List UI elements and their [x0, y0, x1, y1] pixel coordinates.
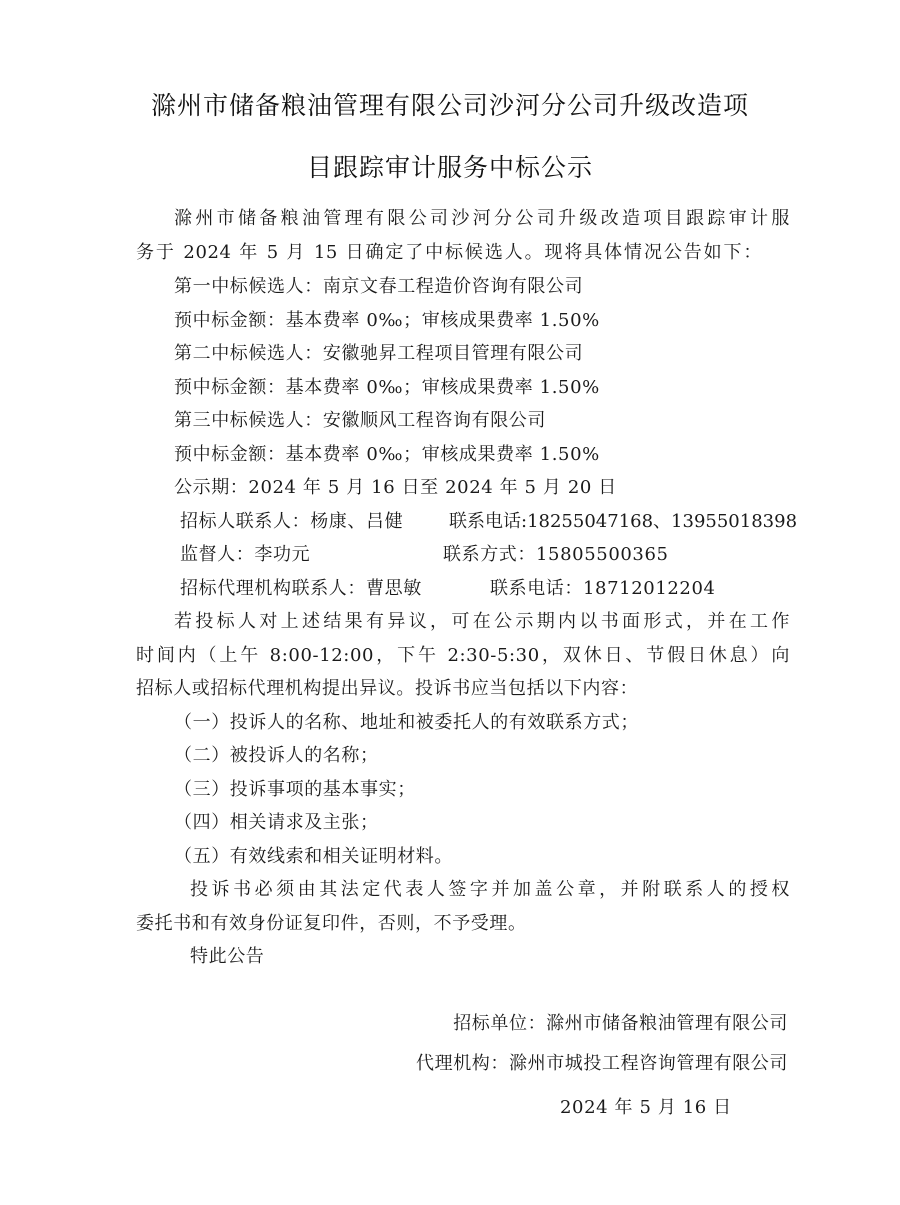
candidate-2-rank: 第二中标候选人： — [174, 343, 323, 364]
candidate-3: 第三中标候选人：安徽顺风工程咨询有限公司 — [174, 409, 546, 433]
tenderer-phone: 联系电话:18255047168、13955018398 — [449, 510, 797, 534]
publicity-period: 公示期：2024 年 5 月 16 日至 2024 年 5 月 20 日 — [174, 476, 617, 500]
candidate-1-amount-value: 基本费率 0‰；审核成果费率 1.50% — [286, 310, 600, 331]
agent-phone-label: 联系电话： — [490, 578, 583, 599]
candidate-2-amount-label: 预中标金额： — [174, 377, 286, 398]
candidate-1-amount-label: 预中标金额： — [174, 310, 286, 331]
candidate-1-rank: 第一中标候选人： — [174, 276, 323, 297]
document-page: 滁州市储备粮油管理有限公司沙河分公司升级改造项 目跟踪审计服务中标公示 滁州市储… — [0, 0, 900, 1205]
agent-contact-name: 曹思敏 — [366, 578, 422, 599]
tenderer-contact: 招标人联系人：杨康、吕健 — [180, 510, 403, 534]
complaint-item-5: （五）有效线索和相关证明材料。 — [174, 845, 453, 869]
candidate-3-amount-label: 预中标金额： — [174, 444, 286, 465]
candidate-3-amount-value: 基本费率 0‰；审核成果费率 1.50% — [286, 444, 600, 465]
supervisor-name: 李功元 — [254, 544, 310, 565]
agent-phone: 联系电话：18712012204 — [490, 577, 716, 601]
objection-line-2: 时间内（上午 8:00-12:00，下午 2:30-5:30，双休日、节假日休息… — [136, 644, 790, 668]
signature-line-1: 投诉书必须由其法定代表人签字并加盖公章，并附联系人的授权 — [190, 878, 790, 902]
tenderer-phone-label: 联系电话: — [449, 511, 527, 532]
candidate-1: 第一中标候选人：南京文春工程造价咨询有限公司 — [174, 275, 583, 299]
candidate-3-name: 安徽顺风工程咨询有限公司 — [323, 410, 546, 431]
supervisor-phone-label: 联系方式： — [443, 544, 536, 565]
footer-agency: 代理机构：滁州市城投工程咨询管理有限公司 — [416, 1052, 788, 1076]
complaint-item-2: （二）被投诉人的名称； — [174, 744, 379, 768]
candidate-2-amount-value: 基本费率 0‰；审核成果费率 1.50% — [286, 377, 600, 398]
complaint-item-3: （三）投诉事项的基本事实； — [174, 778, 416, 802]
intro-line-1: 滁州市储备粮油管理有限公司沙河分公司升级改造项目跟踪审计服 — [174, 207, 790, 231]
closing-statement: 特此公告 — [190, 945, 264, 969]
candidate-1-amount: 预中标金额：基本费率 0‰；审核成果费率 1.50% — [174, 309, 600, 333]
complaint-item-4: （四）相关请求及主张； — [174, 811, 379, 835]
supervisor-phone-number: 15805500365 — [536, 544, 669, 565]
objection-line-1: 若投标人对上述结果有异议，可在公示期内以书面形式，并在工作 — [174, 610, 790, 634]
candidate-3-amount: 预中标金额：基本费率 0‰；审核成果费率 1.50% — [174, 443, 600, 467]
candidate-3-rank: 第三中标候选人： — [174, 410, 323, 431]
agent-phone-number: 18712012204 — [583, 578, 716, 599]
candidate-2-amount: 预中标金额：基本费率 0‰；审核成果费率 1.50% — [174, 376, 600, 400]
agent-contact: 招标代理机构联系人：曹思敏 — [180, 577, 422, 601]
supervisor-phone: 联系方式：15805500365 — [443, 543, 669, 567]
candidate-2-name: 安徽驰昇工程项目管理有限公司 — [323, 343, 583, 364]
tenderer-phone-numbers: 18255047168、13955018398 — [527, 511, 797, 532]
candidate-1-name: 南京文春工程造价咨询有限公司 — [323, 276, 583, 297]
signature-line-2: 委托书和有效身份证复印件，否则，不予受理。 — [136, 912, 527, 936]
footer-date: 2024 年 5 月 16 日 — [560, 1096, 732, 1120]
candidate-2: 第二中标候选人：安徽驰昇工程项目管理有限公司 — [174, 342, 583, 366]
objection-line-3: 招标人或招标代理机构提出异议。投诉书应当包括以下内容： — [136, 677, 638, 701]
supervisor-label: 监督人： — [180, 544, 254, 565]
tenderer-contact-names: 杨康、吕健 — [310, 511, 403, 532]
supervisor-contact: 监督人：李功元 — [180, 543, 310, 567]
document-title-line-1: 滁州市储备粮油管理有限公司沙河分公司升级改造项 — [0, 86, 900, 122]
complaint-item-1: （一）投诉人的名称、地址和被委托人的有效联系方式； — [174, 711, 639, 735]
document-title-line-2: 目跟踪审计服务中标公示 — [0, 148, 900, 184]
tenderer-contact-label: 招标人联系人： — [180, 511, 310, 532]
agent-contact-label: 招标代理机构联系人： — [180, 578, 366, 599]
intro-line-2: 务于 2024 年 5 月 15 日确定了中标候选人。现将具体情况公告如下： — [136, 241, 762, 265]
footer-tenderer: 招标单位：滁州市储备粮油管理有限公司 — [453, 1012, 788, 1036]
